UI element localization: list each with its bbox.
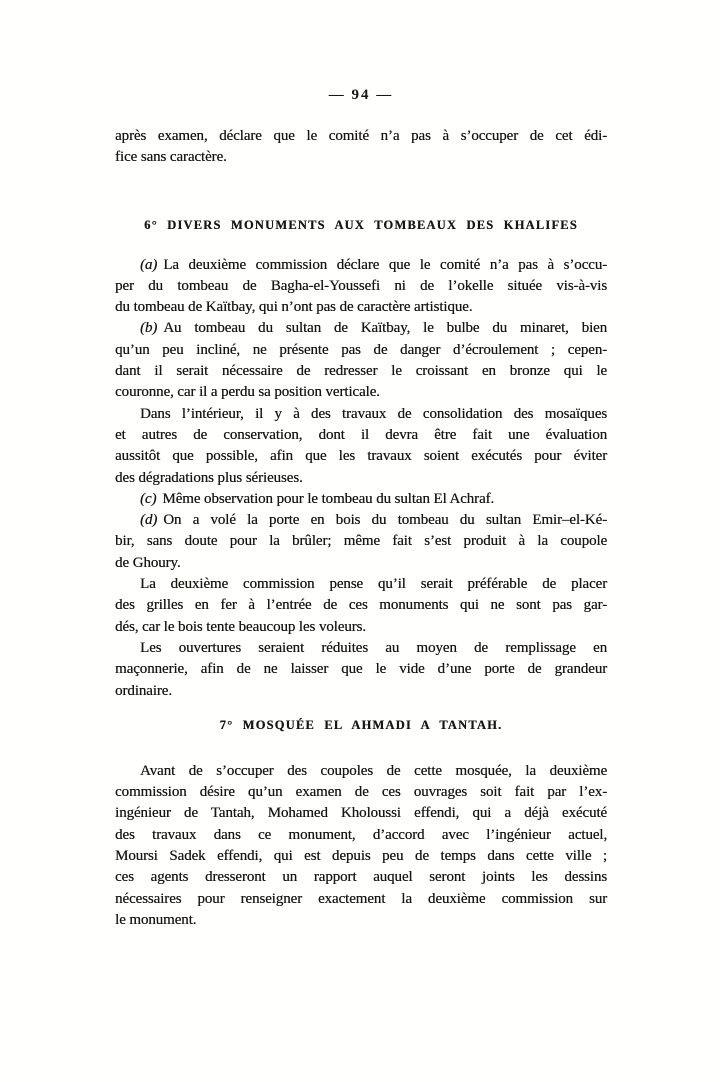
text-line: Moursi Sadek effendi, qui est depuis peu… — [115, 846, 607, 867]
page-number: — 94 — — [115, 84, 607, 106]
text-line: La deuxième commission pense qu’il serai… — [115, 574, 607, 595]
text-line: ingénieur de Tantah, Mohamed Kholoussi e… — [115, 803, 607, 824]
paragraph: après examen, déclare que le comité n’a … — [115, 126, 607, 169]
paragraph: (a)La deuxième commission déclare que le… — [115, 255, 607, 319]
paragraph-marker: (c) — [140, 491, 156, 507]
paragraph-marker: (b) — [140, 320, 157, 336]
line-text: On a volé la porte en bois du tombeau du… — [163, 512, 607, 528]
text-line: dés, car le bois tente beaucoup les vole… — [115, 617, 607, 638]
text-line: per du tombeau de Bagha-el-Youssefi ni d… — [115, 276, 607, 297]
paragraph-marker: (d) — [140, 512, 157, 528]
text-line: (d)On a volé la porte en bois du tombeau… — [115, 510, 607, 531]
text-line: dant il serait nécessaire de redresser l… — [115, 361, 607, 382]
text-line: ces agents dresseront un rapport auquel … — [115, 867, 607, 888]
text-line: Avant de s’occuper des coupoles de cette… — [115, 761, 607, 782]
text-line: après examen, déclare que le comité n’a … — [115, 126, 607, 147]
text-line: nécessaires pour renseigner exactement l… — [115, 889, 607, 910]
text-line: (c)Même observation pour le tombeau du s… — [115, 489, 607, 510]
paragraph: Dans l’intérieur, il y à des travaux de … — [115, 404, 607, 489]
text-line: couronne, car il a perdu sa position ver… — [115, 382, 607, 403]
text-line: aussitôt que possible, afin que les trav… — [115, 446, 607, 467]
text-line: fice sans caractère. — [115, 147, 607, 168]
scanned-book-page: — 94 — après examen, déclare que le comi… — [0, 0, 720, 1082]
text-line: des travaux dans ce monument, d’accord a… — [115, 825, 607, 846]
paragraph: Les ouvertures seraient réduites au moye… — [115, 638, 607, 702]
line-text: Au tombeau du sultan de Kaïtbay, le bulb… — [163, 320, 607, 336]
text-line: et autres de conservation, dont il devra… — [115, 425, 607, 446]
paragraph-marker: (a) — [140, 257, 157, 273]
paragraph: (b)Au tombeau du sultan de Kaïtbay, le b… — [115, 318, 607, 403]
text-line: des grilles en fer à l’entrée de ces mon… — [115, 595, 607, 616]
text-line: commission désire qu’un examen de ces ou… — [115, 782, 607, 803]
paragraph: (c)Même observation pour le tombeau du s… — [115, 489, 607, 510]
text-line: (b)Au tombeau du sultan de Kaïtbay, le b… — [115, 318, 607, 339]
text-line: Dans l’intérieur, il y à des travaux de … — [115, 404, 607, 425]
text-line: du tombeau de Kaïtbay, qui n’ont pas de … — [115, 297, 607, 318]
text-line: maçonnerie, afin de ne laisser que le vi… — [115, 659, 607, 680]
text-line: bir, sans doute pour la brûler; même fai… — [115, 531, 607, 552]
section-heading-6: 6° DIVERS MONUMENTS AUX TOMBEAUX DES KHA… — [115, 216, 607, 234]
line-text: La deuxième commission déclare que le co… — [163, 257, 607, 273]
paragraph: La deuxième commission pense qu’il serai… — [115, 574, 607, 638]
paragraph: Avant de s’occuper des coupoles de cette… — [115, 761, 607, 931]
text-line: qu’un peu incliné, ne présente pas de da… — [115, 340, 607, 361]
page-body: après examen, déclare que le comité n’a … — [115, 126, 607, 931]
line-text: Même observation pour le tombeau du sult… — [162, 491, 494, 507]
text-line: (a)La deuxième commission déclare que le… — [115, 255, 607, 276]
paragraph: (d)On a volé la porte en bois du tombeau… — [115, 510, 607, 574]
text-line: de Ghoury. — [115, 553, 607, 574]
text-line: ordinaire. — [115, 681, 607, 702]
section-heading-7: 7° MOSQUÉE EL AHMADI A TANTAH. — [115, 716, 607, 734]
text-line: Les ouvertures seraient réduites au moye… — [115, 638, 607, 659]
text-line: des dégradations plus sérieuses. — [115, 468, 607, 489]
text-line: le monument. — [115, 910, 607, 931]
